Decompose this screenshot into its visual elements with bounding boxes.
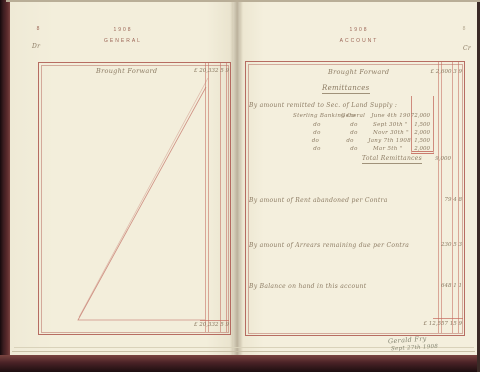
remittance-amount: 2,000 <box>410 130 430 136</box>
entry-amount-arrears: 230 5 3 <box>434 242 462 248</box>
remittance-date: June 4th 1907 <box>365 113 414 119</box>
entry-label-arrears: By amount of Arrears remaining due per C… <box>249 242 409 249</box>
entry-label-balance: By Balance on hand in this account <box>249 283 366 290</box>
remittances-heading: Remittances <box>322 84 370 94</box>
right-section-heading: ACCOUNT <box>294 38 424 44</box>
left-page-total: £ 20,332 5 9 <box>189 322 229 328</box>
remittance-amount: 1,500 <box>410 138 430 144</box>
remittance-payee: do <box>293 122 341 128</box>
remittance-row: do do Sept 30th " <box>293 122 411 128</box>
entry-amount-rent-abandoned: 79 4 8 <box>436 197 462 203</box>
right-cr-label: Cr <box>463 45 471 52</box>
left-section-heading: GENERAL <box>58 38 188 44</box>
remittance-account: General <box>341 113 365 119</box>
remittance-payee: do <box>293 146 341 152</box>
right-brought-forward-amount: £ 2,600 3 9 <box>423 69 462 75</box>
remittance-date: Jany 7th 1908 <box>362 138 411 144</box>
remittance-account: do <box>341 122 367 128</box>
remittance-payee: do <box>293 130 341 136</box>
book-spine <box>0 0 10 372</box>
book-cover-top <box>6 0 480 2</box>
left-folio-number: 8 <box>33 26 45 32</box>
remittances-intro: By amount remitted to Sec. of Land Suppl… <box>249 102 397 109</box>
entry-label-rent-abandoned: By amount of Rent abandoned per Contra <box>249 197 388 204</box>
remittance-amount: 2,000 <box>410 146 430 152</box>
left-dr-label: Dr <box>32 43 40 50</box>
right-page-total: £ 12,557 15 9 <box>421 321 462 327</box>
remittance-account: do <box>341 146 367 152</box>
void-strike-mark <box>38 62 229 333</box>
remittance-account: do <box>338 138 362 144</box>
remittance-payee: do <box>293 138 338 144</box>
remittance-row: Sterling Banking Co General June 4th 190… <box>293 113 411 119</box>
entry-amount-balance: 648 1 1 <box>434 283 462 289</box>
right-brought-forward-label: Brought Forward <box>328 68 389 76</box>
book-cover-bottom <box>0 355 480 372</box>
left-total-rule <box>200 320 229 321</box>
ledger-photo: 8 Dr 1908 GENERAL Brought Forward £ 20,3… <box>0 0 480 372</box>
remittance-date: Mar 5th " <box>367 146 411 152</box>
remittance-date: Sept 30th " <box>367 122 411 128</box>
total-remittances-label: Total Remittances <box>362 155 422 164</box>
remittance-amount: 1,500 <box>410 122 430 128</box>
remittance-amount: 2,000 <box>410 113 430 119</box>
remittance-account: do <box>341 130 367 136</box>
remittance-row: do do Jany 7th 1908 <box>293 138 411 144</box>
total-remittances-amount: 9,000 <box>433 156 451 162</box>
right-folio-number: 8 <box>459 26 471 32</box>
right-year-heading: 1908 <box>294 27 424 33</box>
remittance-row: do do Novr 30th " <box>293 130 411 136</box>
remittance-date: Novr 30th " <box>367 130 411 136</box>
left-year-heading: 1908 <box>58 27 188 33</box>
book-gutter <box>230 2 243 355</box>
remittance-row: do do Mar 5th " <box>293 146 411 152</box>
right-total-rule <box>433 318 463 319</box>
remittance-payee: Sterling Banking Co <box>293 113 341 119</box>
